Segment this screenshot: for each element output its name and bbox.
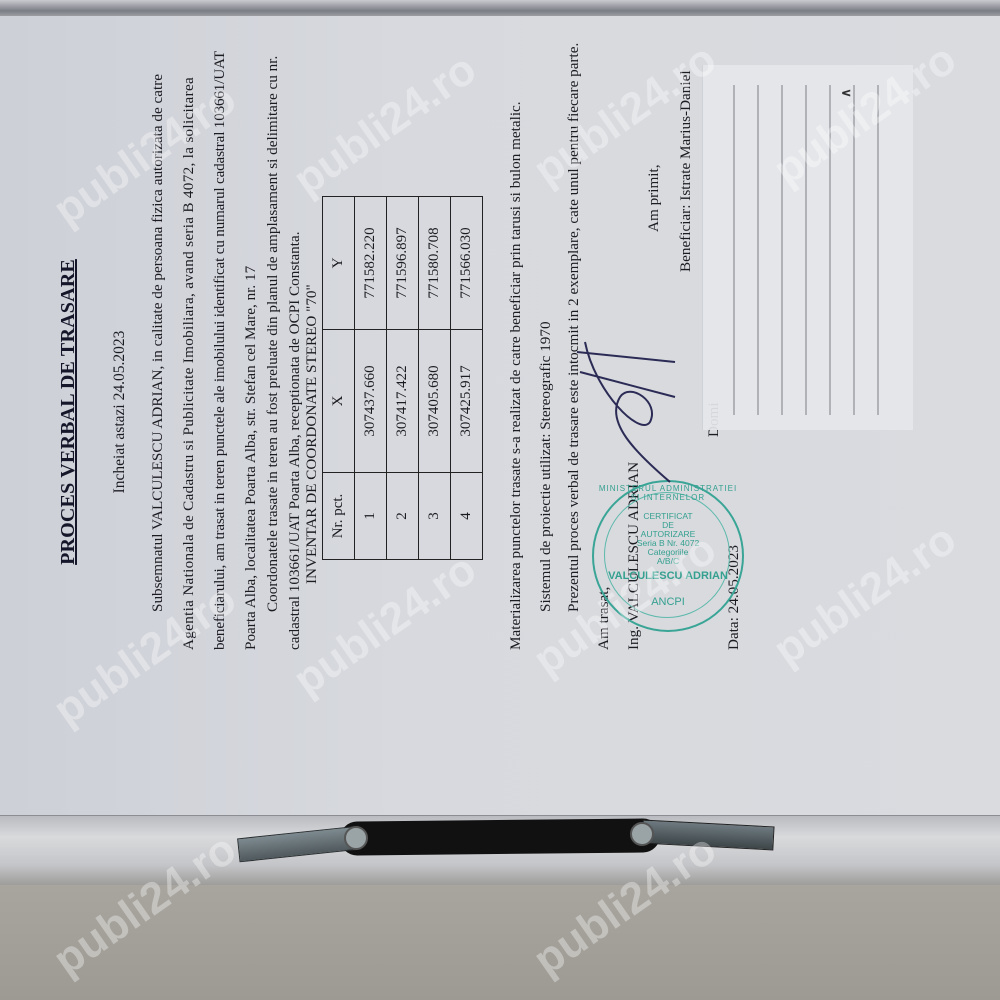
table-row: 2 307417.422 771596.897 <box>387 197 419 560</box>
table-cell: 307405.680 <box>419 330 451 473</box>
coordinates-table: Nr. pct. X Y 1 307437.660 771582.220 2 3… <box>322 196 483 560</box>
table-cell: 771582.220 <box>355 197 387 330</box>
paragraph-line: beneficiarului, am trasat in teren punct… <box>212 51 227 650</box>
floor-surface <box>0 885 1000 1000</box>
stamp-name: VALCULESCU ADRIAN <box>594 570 742 582</box>
paragraph-line: Agentia Nationala de Cadastru si Publici… <box>181 77 196 650</box>
official-stamp: MINISTERUL ADMINISTRATIEI SI INTERNELOR … <box>592 480 744 632</box>
table-cell: 771566.030 <box>451 197 483 330</box>
receipt-mark: ∧ <box>838 88 854 98</box>
beneficiary-name: Beneficiar: Istrate Marius-Daniel <box>678 70 693 272</box>
fiscal-receipt: ∧ <box>702 65 913 430</box>
table-row: 3 307405.680 771580.708 <box>419 197 451 560</box>
table-cell: 3 <box>419 473 451 560</box>
coords-intro-line: cadastral 103661/UAT Poarta Alba, recept… <box>287 231 302 650</box>
materialization-line: Materializarea punctelor trasate s-a rea… <box>508 101 523 650</box>
coords-intro-line: Coordonatele trasate in teren au fost pr… <box>265 56 280 612</box>
table-cell: 771580.708 <box>419 197 451 330</box>
table-header: Nr. pct. <box>323 473 355 560</box>
clip-rivet-left <box>344 826 368 850</box>
table-cell: 307437.660 <box>355 330 387 473</box>
table-cell: 307417.422 <box>387 330 419 473</box>
table-header: Y <box>323 197 355 330</box>
table-cell: 4 <box>451 473 483 560</box>
projection-system-line: Sistemul de proiectie utilizat: Stereogr… <box>538 321 553 612</box>
paragraph-line: Subsemnatul VALCULESCU ADRIAN, in calita… <box>150 74 165 612</box>
clip-rivet-right <box>630 822 654 846</box>
stamp-org: ANCPI <box>594 598 742 607</box>
table-header: X <box>323 330 355 473</box>
stamp-line: A/B/C <box>594 557 742 566</box>
table-row: 1 307437.660 771582.220 <box>355 197 387 560</box>
document-date-line: Incheiat astazi 24.05.2023 <box>112 12 128 812</box>
table-row: 4 307425.917 771566.030 <box>451 197 483 560</box>
receipt-text-lines <box>717 85 897 415</box>
table-cell: 307425.917 <box>451 330 483 473</box>
signature-icon <box>575 312 685 492</box>
paragraph-line: Poarta Alba, localitatea Poarta Alba, st… <box>243 266 258 650</box>
table-cell: 771596.897 <box>387 197 419 330</box>
coords-inventory-heading: INVENTAR DE COORDONATE STEREO "70" <box>304 284 319 584</box>
binder-slot <box>340 818 660 855</box>
table-header-row: Nr. pct. X Y <box>323 197 355 560</box>
table-cell: 2 <box>387 473 419 560</box>
document-title: PROCES VERBAL DE TRASARE <box>58 12 78 812</box>
table-cell: 1 <box>355 473 387 560</box>
receiver-label: Am primit, <box>646 165 661 233</box>
